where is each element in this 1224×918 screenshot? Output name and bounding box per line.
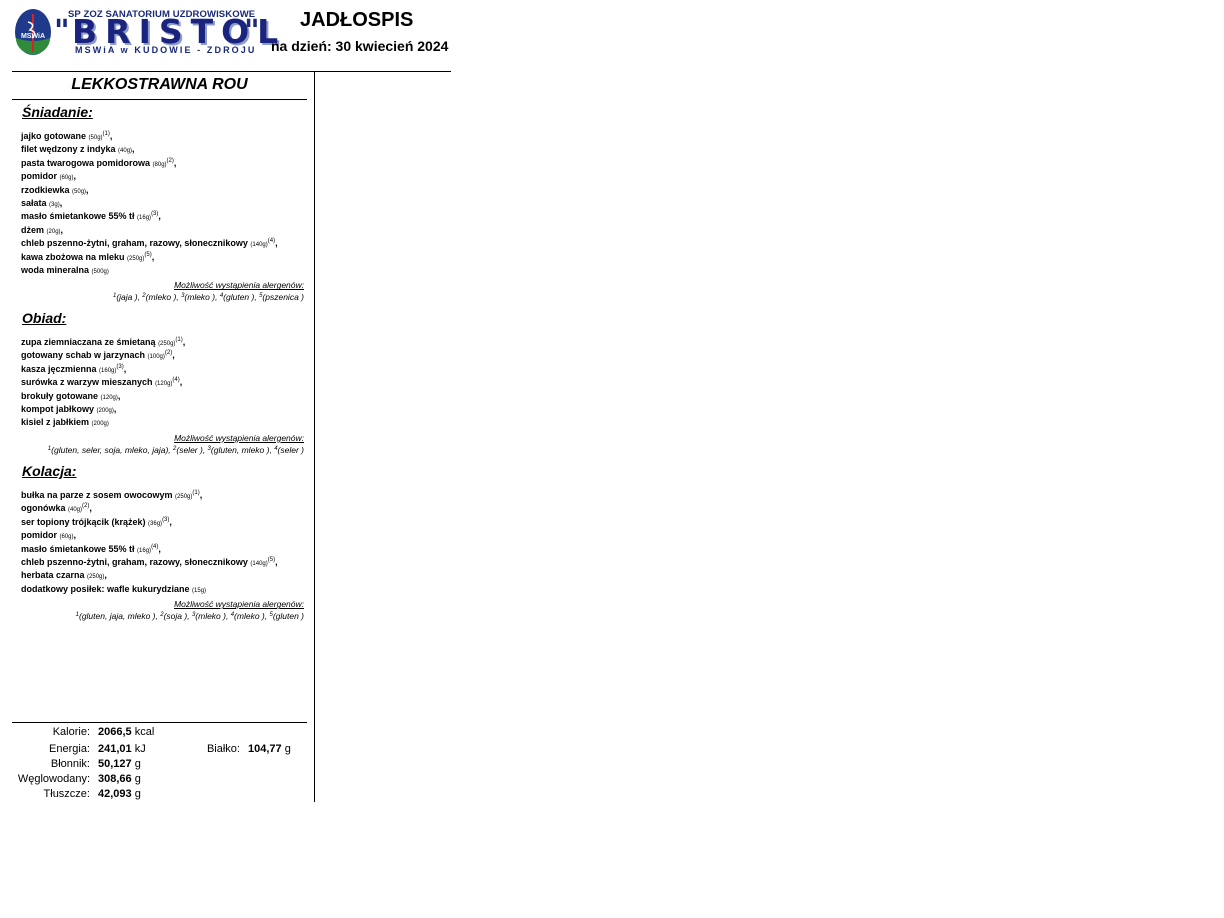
item-name: surówka z warzyw mieszanych — [21, 377, 155, 387]
item-name: ser topiony trójkącik (krążek) — [21, 517, 148, 527]
allergen-text: (mleko ), — [234, 611, 269, 621]
nutrition-fat: Tłuszcze:42,093 g — [0, 787, 141, 802]
item-name: pomidor — [21, 171, 60, 181]
menu-item: pasta twarogowa pomidorowa (80g)(2), — [21, 158, 304, 171]
menu-item: zupa ziemniaczana ze śmietaną (250g)(1), — [21, 337, 304, 350]
allergen-heading: Możliwość wystąpienia alergenów: — [21, 433, 304, 444]
item-quantity: (250g) — [127, 256, 144, 262]
item-separator: , — [169, 517, 172, 527]
item-separator: , — [86, 185, 89, 195]
item-name: masło śmietankowe 55% tł — [21, 211, 137, 221]
item-quantity: (20g) — [47, 229, 61, 235]
item-name: dżem — [21, 225, 47, 235]
item-name: zupa ziemniaczana ze śmietaną — [21, 337, 158, 347]
item-quantity: (250g) — [87, 574, 104, 580]
item-separator: , — [104, 570, 107, 580]
item-quantity: (120g) — [155, 381, 172, 387]
allergen-text: (seler ) — [278, 445, 304, 455]
item-quantity: (80g) — [153, 162, 167, 168]
item-quantity: (60g) — [60, 175, 74, 181]
item-quantity: (60g) — [60, 534, 74, 540]
allergen-text: (gluten, seler, soja, mleko, jaja), — [51, 445, 173, 455]
menu-item: gotowany schab w jarzynach (100g)(2), — [21, 350, 304, 363]
item-quantity: (140g) — [250, 561, 267, 567]
item-separator: , — [124, 364, 127, 374]
diet-name: LEKKOSTRAWNA ROU — [12, 76, 307, 94]
allergen-text: (seler ), — [176, 445, 207, 455]
allergen-ref: (1) — [192, 490, 199, 496]
item-quantity: (36g) — [148, 521, 162, 527]
menu-item: masło śmietankowe 55% tł (16g)(3), — [21, 211, 304, 224]
menu-item: ogonówka (40g)(2), — [21, 503, 304, 516]
allergen-ref: (5) — [144, 252, 151, 258]
menu-item: chleb pszenno-żytni, graham, razowy, sło… — [21, 238, 304, 251]
meal-lunch: Obiad:zupa ziemniaczana ze śmietaną (250… — [21, 309, 304, 456]
item-name: chleb pszenno-żytni, graham, razowy, sło… — [21, 238, 250, 248]
item-separator: , — [110, 131, 113, 141]
item-quantity: (140g) — [250, 242, 267, 248]
menu-item: masło śmietankowe 55% tł (16g)(4), — [21, 544, 304, 557]
item-quantity: (200g) — [92, 421, 109, 427]
meal-supper: Kolacja:bułka na parze z sosem owocowym … — [21, 462, 304, 622]
nutrition-protein: Białko:104,77 g — [150, 742, 291, 757]
meal-breakfast: Śniadanie:jajko gotowane (50g)(1),filet … — [21, 103, 304, 303]
menu-item: kompot jabłkowy (200g), — [21, 404, 304, 417]
allergen-text: (mleko ), — [146, 292, 181, 302]
menu-item: sałata (3g), — [21, 198, 304, 211]
menu-item: rzodkiewka (50g), — [21, 185, 304, 198]
svg-text:MSWiA: MSWiA — [21, 33, 45, 40]
document-title: JADŁOSPIS — [300, 9, 413, 32]
nutrition-fiber: Błonnik:50,127 g — [0, 757, 141, 772]
item-quantity: (250g) — [175, 494, 192, 500]
allergen-ref: (5) — [268, 557, 275, 563]
allergen-text: (jaja ), — [116, 292, 142, 302]
allergen-text: (mleko ), — [195, 611, 230, 621]
allergen-text: (gluten, jaja, mleko ), — [79, 611, 160, 621]
item-separator: , — [74, 171, 77, 181]
menu-item: kawa zbożowa na mleku (250g)(5), — [21, 252, 304, 265]
item-name: dodatkowy posiłek: wafle kukurydziane — [21, 584, 192, 594]
item-quantity: (120g) — [101, 395, 118, 401]
item-separator: , — [152, 252, 155, 262]
menu-item: ser topiony trójkącik (krążek) (36g)(3), — [21, 517, 304, 530]
menu-item: kasza jęczmienna (160g)(3), — [21, 364, 304, 377]
header-divider — [12, 71, 451, 72]
item-quantity: (100g) — [148, 354, 165, 360]
item-name: pasta twarogowa pomidorowa — [21, 158, 153, 168]
menu-item: dodatkowy posiłek: wafle kukurydziane (1… — [21, 584, 304, 597]
menu-item: brokuły gotowane (120g), — [21, 391, 304, 404]
allergen-text: (gluten ), — [223, 292, 259, 302]
item-separator: , — [200, 490, 203, 500]
menu-item: filet wędzony z indyka (40g), — [21, 144, 304, 157]
allergen-ref: (1) — [175, 337, 182, 343]
item-name: jajko gotowane — [21, 131, 89, 141]
allergen-text: (pszenica ) — [262, 292, 304, 302]
meal-title: Obiad: — [22, 309, 304, 327]
item-separator: , — [275, 557, 278, 567]
nutrition-carbs: Węglowodany:308,66 g — [0, 772, 141, 787]
brand-quote-left: " — [54, 14, 70, 49]
meal-title: Kolacja: — [22, 462, 304, 480]
menu-item: chleb pszenno-żytni, graham, razowy, sło… — [21, 557, 304, 570]
allergen-list: 1(gluten, jaja, mleko ), 2(soja ), 3(mle… — [21, 610, 304, 622]
item-name: ogonówka — [21, 503, 68, 513]
menu-item: bułka na parze z sosem owocowym (250g)(1… — [21, 490, 304, 503]
item-separator: , — [74, 530, 77, 540]
item-separator: , — [275, 238, 278, 248]
nutrition-calories: Kalorie:2066,5 kcal — [0, 725, 154, 740]
item-quantity: (40g) — [118, 148, 132, 154]
item-name: kawa zbożowa na mleku — [21, 252, 127, 262]
item-name: kasza jęczmienna — [21, 364, 99, 374]
item-quantity: (160g) — [99, 368, 116, 374]
item-quantity: (16g) — [137, 548, 151, 554]
menu-item: woda mineralna (500g) — [21, 265, 304, 278]
item-quantity: (50g) — [72, 189, 86, 195]
allergen-heading: Możliwość wystąpienia alergenów: — [21, 599, 304, 610]
column-divider — [314, 72, 315, 802]
item-quantity: (200g) — [97, 408, 114, 414]
allergen-text: (mleko ), — [184, 292, 219, 302]
mswia-logo-icon: MSWiA — [14, 8, 52, 56]
menu-item: pomidor (60g), — [21, 530, 304, 543]
meal-title: Śniadanie: — [22, 103, 304, 121]
item-separator: , — [89, 503, 92, 513]
item-name: brokuły gotowane — [21, 391, 101, 401]
allergen-ref: (4) — [268, 238, 275, 244]
menu-item: herbata czarna (250g), — [21, 570, 304, 583]
item-name: gotowany schab w jarzynach — [21, 350, 148, 360]
allergen-ref: (3) — [116, 364, 123, 370]
nutrition-energy: Energia:241,01 kJ — [0, 742, 146, 757]
item-separator: , — [158, 211, 161, 221]
allergen-list: 1(gluten, seler, soja, mleko, jaja), 2(s… — [21, 444, 304, 456]
item-separator: , — [60, 198, 63, 208]
item-separator: , — [61, 225, 64, 235]
item-name: kompot jabłkowy — [21, 404, 97, 414]
nutrition-divider — [12, 722, 307, 723]
allergen-ref: (2) — [167, 158, 174, 164]
menu-item: jajko gotowane (50g)(1), — [21, 131, 304, 144]
item-quantity: (50g) — [89, 135, 103, 141]
brand-subline: MSWiA w KUDOWIE - ZDROJU — [75, 45, 256, 55]
item-quantity: (16g) — [137, 215, 151, 221]
item-name: chleb pszenno-żytni, graham, razowy, sło… — [21, 557, 250, 567]
menu-item: surówka z warzyw mieszanych (120g)(4), — [21, 377, 304, 390]
item-name: bułka na parze z sosem owocowym — [21, 490, 175, 500]
allergen-heading: Możliwość wystąpienia alergenów: — [21, 280, 304, 291]
item-separator: , — [172, 350, 175, 360]
menu-date: na dzień: 30 kwiecień 2024 — [271, 38, 448, 54]
item-separator: , — [174, 158, 177, 168]
allergen-text: (soja ), — [164, 611, 192, 621]
item-name: herbata czarna — [21, 570, 87, 580]
menu-item: dżem (20g), — [21, 225, 304, 238]
item-name: kisiel z jabłkiem — [21, 417, 92, 427]
allergen-text: (gluten ) — [273, 611, 304, 621]
item-quantity: (40g) — [68, 507, 82, 513]
allergen-ref: (4) — [172, 377, 179, 383]
item-separator: , — [132, 144, 135, 154]
item-name: woda mineralna — [21, 265, 92, 275]
item-separator: , — [180, 377, 183, 387]
brand-quote-right: " — [244, 14, 260, 49]
item-separator: , — [114, 404, 117, 414]
menu-item: pomidor (60g), — [21, 171, 304, 184]
item-quantity: (500g) — [92, 269, 109, 275]
allergen-ref: (1) — [103, 131, 110, 137]
allergen-text: (gluten, mleko ), — [211, 445, 274, 455]
item-name: rzodkiewka — [21, 185, 72, 195]
item-separator: , — [183, 337, 186, 347]
item-quantity: (250g) — [158, 341, 175, 347]
item-quantity: (15g) — [192, 588, 206, 594]
item-quantity: (3g) — [49, 202, 60, 208]
menu-item: kisiel z jabłkiem (200g) — [21, 417, 304, 430]
item-name: masło śmietankowe 55% tł — [21, 544, 137, 554]
diet-title-underline — [12, 99, 307, 100]
item-name: sałata — [21, 198, 49, 208]
item-separator: , — [158, 544, 161, 554]
item-separator: , — [118, 391, 121, 401]
item-name: filet wędzony z indyka — [21, 144, 118, 154]
allergen-list: 1(jaja ), 2(mleko ), 3(mleko ), 4(gluten… — [21, 291, 304, 303]
item-name: pomidor — [21, 530, 60, 540]
